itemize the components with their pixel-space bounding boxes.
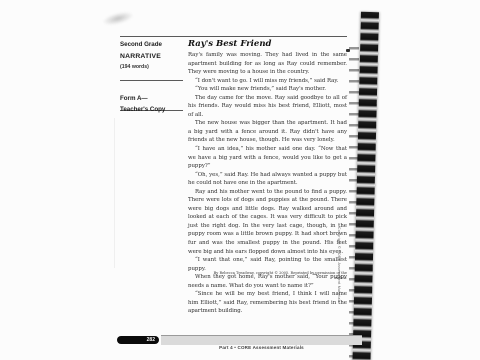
form-label: Form A— [120,95,186,102]
scan-shadow-line [114,118,115,268]
sidebar: Second Grade NARRATIVE (194 words) Form … [120,41,186,113]
passage-paragraph: “Oh, yes,” said Ray. He had always wante… [188,171,347,188]
footer-section-bar: Part 4 • CORE Assessment Materials [161,335,362,345]
footer-section-label: Part 4 • CORE Assessment Materials [219,345,304,350]
vertical-copyright-text: Copyright © CORE Assessment Materials [337,227,341,303]
page-number-badge: 282 [117,336,159,344]
passage-paragraph: “I don't want to go. I will miss my frie… [188,77,347,86]
genre-label: NARRATIVE [120,53,186,60]
grade-label: Second Grade [120,41,186,48]
header-rule [120,36,347,37]
passage-paragraph: “I have an idea,” his mother said one da… [188,145,347,171]
passage-paragraph: The new house was bigger than the apartm… [188,119,347,145]
passage-paragraph: “Since he will be my best friend, I thin… [188,290,347,316]
scan-smudge [101,9,135,27]
scanned-document-page: { "sidebar": { "grade": "Second Grade", … [0,0,480,360]
attribution-line: By Rebecca Treadway, copyright © 2005. R… [210,271,347,280]
passage-paragraph: Ray and his mother went to the pound to … [188,188,347,256]
passage-paragraph: “You will make new friends,” said Ray's … [188,85,347,94]
passage-title: Ray's Best Friend [188,39,348,49]
copy-type-label: Teacher's Copy [120,106,186,113]
binding-speck [346,49,350,52]
passage-paragraph: The day came for the move. Ray said good… [188,94,347,120]
passage-paragraph: Ray's family was moving. They had lived … [188,51,347,77]
word-count-label: (194 words) [120,64,186,70]
